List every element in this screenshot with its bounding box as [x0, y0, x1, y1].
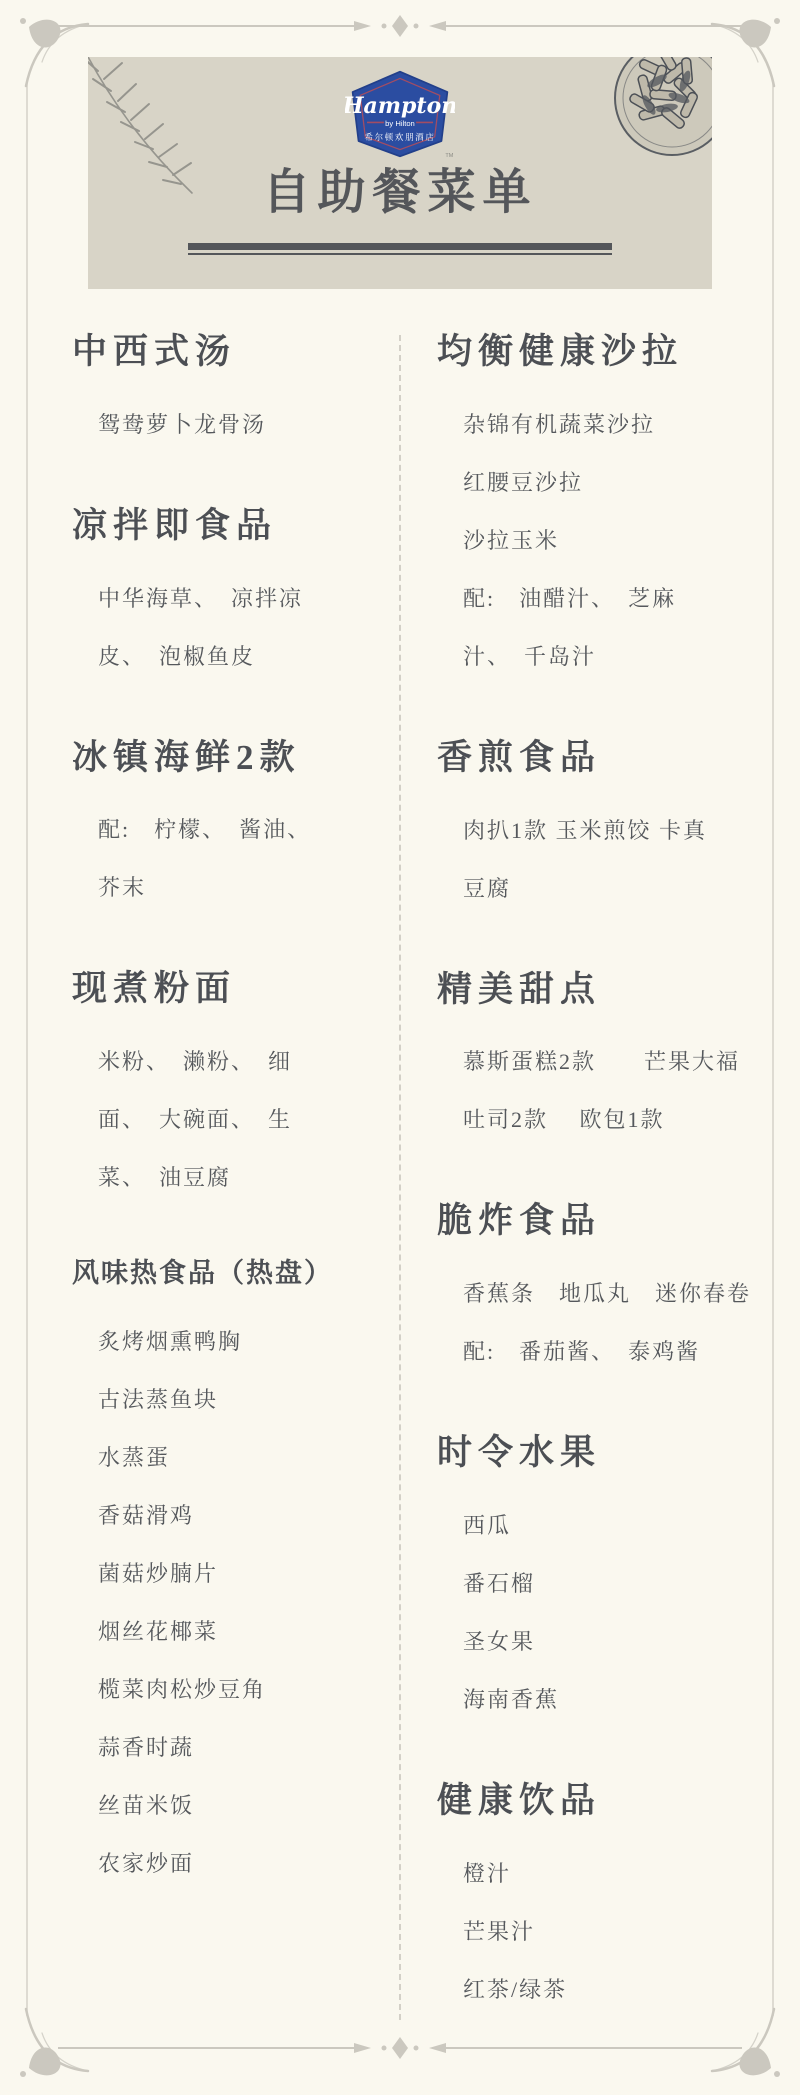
menu-section: 风味热食品（热盘） 炙烤烟熏鸭胸古法蒸鱼块水蒸蛋香菇滑鸡菌菇炒腩片烟丝花椰菜榄菜… — [72, 1257, 394, 1893]
menu-item: 香菇滑鸡 — [98, 1487, 394, 1545]
menu-item: 芥末 — [98, 859, 394, 917]
menu-item: 橙汁 — [463, 1845, 782, 1903]
menu-section: 现煮粉面 米粉、 濑粉、 细面、 大碗面、 生菜、 油豆腐 — [72, 967, 394, 1207]
section-title: 均衡健康沙拉 — [437, 330, 782, 374]
section-title: 健康饮品 — [437, 1779, 782, 1823]
section-title: 精美甜点 — [437, 968, 782, 1012]
menu-item: 肉扒1款 玉米煎饺 卡真 — [463, 802, 782, 860]
menu-column-left: 中西式汤 鸳鸯萝卜龙骨汤 凉拌即食品 中华海草、 凉拌凉皮、 泡椒鱼皮 冰镇海鲜… — [72, 305, 394, 1943]
section-items: 慕斯蛋糕2款 芒果大福吐司2款 欧包1款 — [437, 1033, 782, 1149]
section-title: 凉拌即食品 — [72, 504, 394, 548]
section-items: 鸳鸯萝卜龙骨汤 — [72, 396, 394, 454]
menu-item: 丝苗米饭 — [98, 1777, 394, 1835]
menu-section: 中西式汤 鸳鸯萝卜龙骨汤 — [72, 330, 394, 454]
menu-column-right: 均衡健康沙拉 杂锦有机蔬菜沙拉红腰豆沙拉沙拉玉米配: 油醋汁、 芝麻汁、 千岛汁… — [437, 305, 782, 2069]
menu-item: 西瓜 — [463, 1497, 782, 1555]
menu-section: 凉拌即食品 中华海草、 凉拌凉皮、 泡椒鱼皮 — [72, 504, 394, 686]
section-items: 香蕉条 地瓜丸 迷你春卷配: 番茄酱、 泰鸡酱 — [437, 1265, 782, 1381]
menu-item: 豆腐 — [463, 860, 782, 918]
menu-section: 香煎食品 肉扒1款 玉米煎饺 卡真豆腐 — [437, 736, 782, 918]
section-items: 配: 柠檬、 酱油、芥末 — [72, 801, 394, 917]
section-title: 脆炸食品 — [437, 1199, 782, 1243]
menu-item: 红腰豆沙拉 — [463, 454, 782, 512]
menu-item: 面、 大碗面、 生 — [98, 1091, 394, 1149]
header: Hampton by Hilton 希尔顿欢朋酒店 TM 自助餐菜单 — [88, 57, 712, 289]
menu-item: 慕斯蛋糕2款 芒果大福 — [463, 1033, 782, 1091]
logo-cn-text: 希尔顿欢朋酒店 — [364, 132, 435, 142]
pasta-bowl-sketch — [597, 57, 712, 173]
section-items: 西瓜番石榴圣女果海南香蕉 — [437, 1497, 782, 1729]
menu-section: 均衡健康沙拉 杂锦有机蔬菜沙拉红腰豆沙拉沙拉玉米配: 油醋汁、 芝麻汁、 千岛汁 — [437, 330, 782, 686]
menu-section: 冰镇海鲜2款 配: 柠檬、 酱油、芥末 — [72, 736, 394, 918]
menu-item: 红茶/绿茶 — [463, 1961, 782, 2019]
menu-item: 烟丝花椰菜 — [98, 1603, 394, 1661]
menu-section: 脆炸食品 香蕉条 地瓜丸 迷你春卷配: 番茄酱、 泰鸡酱 — [437, 1199, 782, 1381]
menu-item: 杂锦有机蔬菜沙拉 — [463, 396, 782, 454]
menu-item: 香蕉条 地瓜丸 迷你春卷 — [463, 1265, 782, 1323]
hampton-logo: Hampton by Hilton 希尔顿欢朋酒店 TM — [345, 69, 455, 159]
section-title: 时令水果 — [437, 1431, 782, 1475]
menu-item: 配: 番茄酱、 泰鸡酱 — [463, 1323, 782, 1381]
menu-section: 时令水果 西瓜番石榴圣女果海南香蕉 — [437, 1431, 782, 1729]
menu-item: 沙拉玉米 — [463, 512, 782, 570]
logo-brand-text: Hampton — [345, 93, 455, 119]
menu-section: 精美甜点 慕斯蛋糕2款 芒果大福吐司2款 欧包1款 — [437, 968, 782, 1150]
section-title: 风味热食品（热盘） — [72, 1257, 394, 1291]
menu-item: 水蒸蛋 — [98, 1429, 394, 1487]
menu-item: 汁、 千岛汁 — [463, 628, 782, 686]
menu-item: 吐司2款 欧包1款 — [463, 1091, 782, 1149]
menu-title: 自助餐菜单 — [88, 169, 712, 217]
section-items: 中华海草、 凉拌凉皮、 泡椒鱼皮 — [72, 570, 394, 686]
section-items: 杂锦有机蔬菜沙拉红腰豆沙拉沙拉玉米配: 油醋汁、 芝麻汁、 千岛汁 — [437, 396, 782, 686]
menu-item: 鸳鸯萝卜龙骨汤 — [98, 396, 394, 454]
menu-item: 榄菜肉松炒豆角 — [98, 1661, 394, 1719]
section-title: 香煎食品 — [437, 736, 782, 780]
section-items: 橙汁芒果汁红茶/绿茶 — [437, 1845, 782, 2019]
menu-section: 健康饮品 橙汁芒果汁红茶/绿茶 — [437, 1779, 782, 2019]
menu-item: 芒果汁 — [463, 1903, 782, 1961]
menu-item: 圣女果 — [463, 1613, 782, 1671]
menu-item: 番石榴 — [463, 1555, 782, 1613]
menu-item: 古法蒸鱼块 — [98, 1371, 394, 1429]
menu-item: 皮、 泡椒鱼皮 — [98, 628, 394, 686]
section-title: 现煮粉面 — [72, 967, 394, 1011]
section-items: 肉扒1款 玉米煎饺 卡真豆腐 — [437, 802, 782, 918]
logo-tm-text: TM — [445, 153, 453, 159]
menu-item: 海南香蕉 — [463, 1671, 782, 1729]
menu-item: 菌菇炒腩片 — [98, 1545, 394, 1603]
section-title: 中西式汤 — [72, 330, 394, 374]
section-items: 米粉、 濑粉、 细面、 大碗面、 生菜、 油豆腐 — [72, 1033, 394, 1207]
menu-item: 菜、 油豆腐 — [98, 1149, 394, 1207]
menu-item: 炙烤烟熏鸭胸 — [98, 1313, 394, 1371]
column-divider — [399, 335, 401, 2020]
title-underline — [188, 243, 612, 255]
menu-page: Hampton by Hilton 希尔顿欢朋酒店 TM 自助餐菜单 中西式汤 … — [0, 0, 800, 2095]
section-items: 炙烤烟熏鸭胸古法蒸鱼块水蒸蛋香菇滑鸡菌菇炒腩片烟丝花椰菜榄菜肉松炒豆角蒜香时蔬丝… — [72, 1313, 394, 1893]
section-title: 冰镇海鲜2款 — [72, 736, 394, 780]
menu-item: 蒜香时蔬 — [98, 1719, 394, 1777]
logo-sub-text: by Hilton — [385, 119, 415, 128]
menu-item: 配: 油醋汁、 芝麻 — [463, 570, 782, 628]
menu-item: 农家炒面 — [98, 1835, 394, 1893]
menu-item: 中华海草、 凉拌凉 — [98, 570, 394, 628]
menu-item: 米粉、 濑粉、 细 — [98, 1033, 394, 1091]
menu-item: 配: 柠檬、 酱油、 — [98, 801, 394, 859]
